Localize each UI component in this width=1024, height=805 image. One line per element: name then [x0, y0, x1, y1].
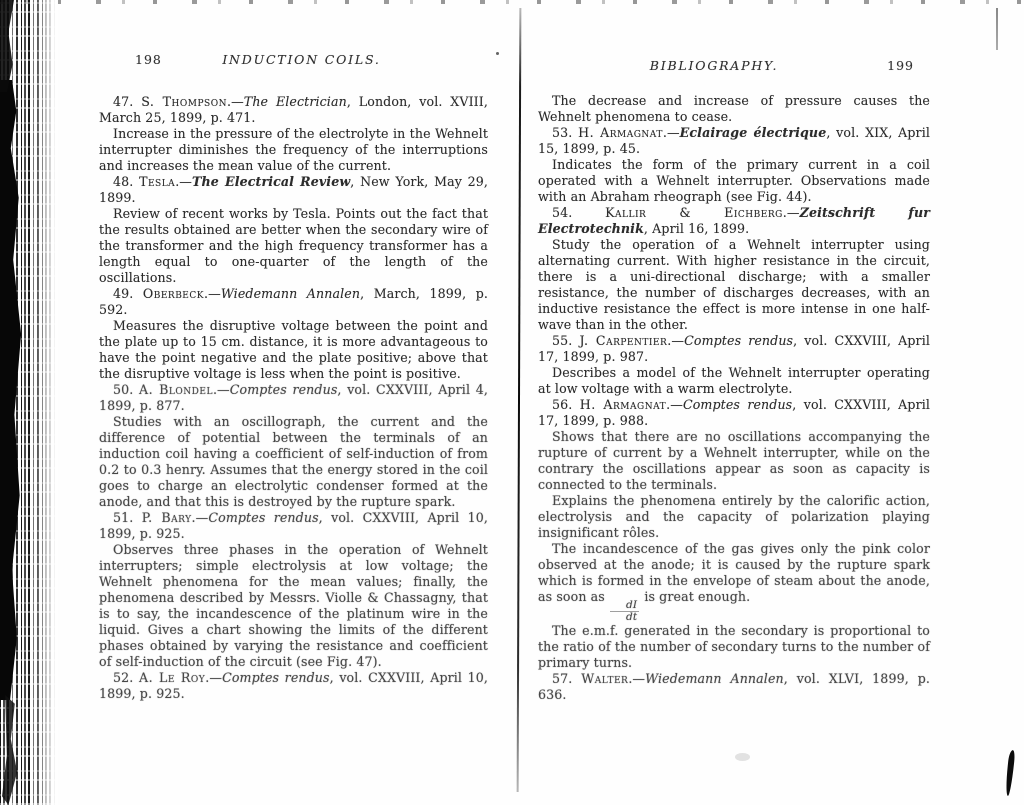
- page-right: BIBLIOGRAPHY. 199 The decrease and incre…: [538, 56, 930, 703]
- bib-entry-56: 56. H. Armagnat.—Comptes rendus, vol. CX…: [538, 397, 930, 429]
- bib-entry-57: 57. Walter.—Wiedemann Annalen, vol. XLVI…: [538, 671, 930, 703]
- fraction-numerator: dI: [612, 600, 637, 611]
- bib-entry-55: 55. J. Carpentier.—Comptes rendus, vol. …: [538, 333, 930, 365]
- bib-entry-48: 48. Tesla.—The Electrical Review, New Yo…: [99, 174, 488, 206]
- scan-right-edge-mark: [996, 8, 998, 50]
- entry-separator: .—: [192, 510, 209, 525]
- annotation-para: Describes a model of the Wehnelt interru…: [538, 365, 930, 397]
- entry-author: P. Bary: [142, 510, 192, 525]
- entry-author: A. Blondel: [139, 382, 213, 397]
- annotation-para: The decrease and increase of pressure ca…: [538, 93, 930, 125]
- page-body-left: 47. S. Thompson.—The Electrician, London…: [99, 94, 488, 702]
- bib-entry-52: 52. A. Le Roy.—Comptes rendus, vol. CXXV…: [99, 670, 488, 702]
- entry-author: Kallir & Eichberg: [605, 205, 783, 220]
- entry-author: Oberbeck: [143, 286, 204, 301]
- entry-number: 47.: [113, 94, 141, 109]
- annotation-para-with-fraction: The incandescence of the gas gives only …: [538, 541, 930, 623]
- entry-tail: , April 16, 1899.: [644, 221, 749, 236]
- page-body-right: The decrease and increase of pressure ca…: [538, 93, 930, 703]
- annotation-para: Study the operation of a Wehnelt interru…: [538, 237, 930, 333]
- annotation-para: Review of recent works by Tesla. Points …: [99, 206, 488, 286]
- entry-author: J. Carpentier: [579, 333, 667, 348]
- entry-journal: Comptes rendus: [208, 510, 318, 525]
- bib-entry-47: 47. S. Thompson.—The Electrician, London…: [99, 94, 488, 126]
- entry-journal: Eclairage électrique: [680, 125, 827, 140]
- entry-number: 48.: [113, 174, 139, 189]
- entry-journal: The Electrical Review: [192, 174, 350, 189]
- annotation-para: Increase in the pressure of the electrol…: [99, 126, 488, 174]
- scanned-book-spread: 198 INDUCTION COILS. 47. S. Thompson.—Th…: [0, 0, 1024, 805]
- running-head: INDUCTION COILS.: [107, 52, 496, 67]
- page-header-right: BIBLIOGRAPHY. 199: [538, 56, 930, 72]
- entry-journal: Comptes rendus: [230, 382, 338, 397]
- entry-number: 55.: [552, 333, 579, 348]
- entry-separator: .—: [783, 205, 800, 220]
- entry-number: 49.: [113, 286, 143, 301]
- entry-number: 54.: [552, 205, 605, 220]
- entry-journal: The Electrician: [244, 94, 347, 109]
- entry-number: 53.: [552, 125, 578, 140]
- entry-separator: .—: [628, 671, 645, 686]
- page-left: 198 INDUCTION COILS. 47. S. Thompson.—Th…: [99, 52, 488, 702]
- entry-separator: .—: [213, 382, 230, 397]
- fraction-denominator: dt: [610, 611, 639, 623]
- entry-author: Walter: [581, 671, 628, 686]
- entry-number: 51.: [113, 510, 142, 525]
- entry-journal: Comptes rendus: [683, 397, 792, 412]
- bib-entry-53: 53. H. Armagnat.—Eclairage électrique, v…: [538, 125, 930, 157]
- page-gutter-line: [517, 8, 522, 792]
- entry-separator: .—: [227, 94, 244, 109]
- entry-number: 50.: [113, 382, 139, 397]
- entry-number: 56.: [552, 397, 580, 412]
- annotation-para: The e.m.f. generated in the secondary is…: [538, 623, 930, 671]
- entry-journal: Wiedemann Annalen: [221, 286, 360, 301]
- scan-speck: [496, 52, 499, 55]
- entry-separator: .—: [205, 670, 222, 685]
- bib-entry-49: 49. Oberbeck.—Wiedemann Annalen, March, …: [99, 286, 488, 318]
- entry-separator: .—: [667, 333, 684, 348]
- page-header-left: 198 INDUCTION COILS.: [99, 52, 488, 68]
- entry-journal: Wiedemann Annalen: [645, 671, 784, 686]
- entry-number: 52.: [113, 670, 139, 685]
- entry-journal: Comptes rendus: [684, 333, 793, 348]
- fraction-di-dt: dIdt: [609, 600, 640, 623]
- entry-author: H. Armagnat: [580, 397, 666, 412]
- bib-entry-51: 51. P. Bary.—Comptes rendus, vol. CXXVII…: [99, 510, 488, 542]
- para-text-after: is great enough.: [640, 589, 750, 604]
- entry-separator: .—: [204, 286, 221, 301]
- annotation-para: Explains the phenomena entirely by the c…: [538, 493, 930, 541]
- entry-separator: .—: [175, 174, 192, 189]
- bib-entry-50: 50. A. Blondel.—Comptes rendus, vol. CXX…: [99, 382, 488, 414]
- entry-journal: Comptes rendus: [222, 670, 330, 685]
- entry-author: S. Thompson: [141, 94, 227, 109]
- entry-author: Tesla: [139, 174, 175, 189]
- annotation-para: Measures the disruptive voltage between …: [99, 318, 488, 382]
- bib-entry-54: 54. Kallir & Eichberg.—Zeitschrift fur E…: [538, 205, 930, 237]
- scan-bottom-right-mark: [1005, 750, 1016, 796]
- entry-author: A. Le Roy: [139, 670, 205, 685]
- annotation-para: Studies with an oscillograph, the curren…: [99, 414, 488, 510]
- scan-smudge: [735, 753, 750, 761]
- entry-separator: .—: [666, 397, 683, 412]
- entry-author: H. Armagnat: [578, 125, 663, 140]
- annotation-para: Indicates the form of the primary curren…: [538, 157, 930, 205]
- page-number: 199: [887, 58, 914, 73]
- entry-number: 57.: [552, 671, 581, 686]
- annotation-para: Shows that there are no oscillations acc…: [538, 429, 930, 493]
- scan-edge-dashes: [0, 0, 1024, 4]
- annotation-para: Observes three phases in the operation o…: [99, 542, 488, 670]
- entry-separator: .—: [663, 125, 680, 140]
- running-head: BIBLIOGRAPHY.: [518, 58, 910, 73]
